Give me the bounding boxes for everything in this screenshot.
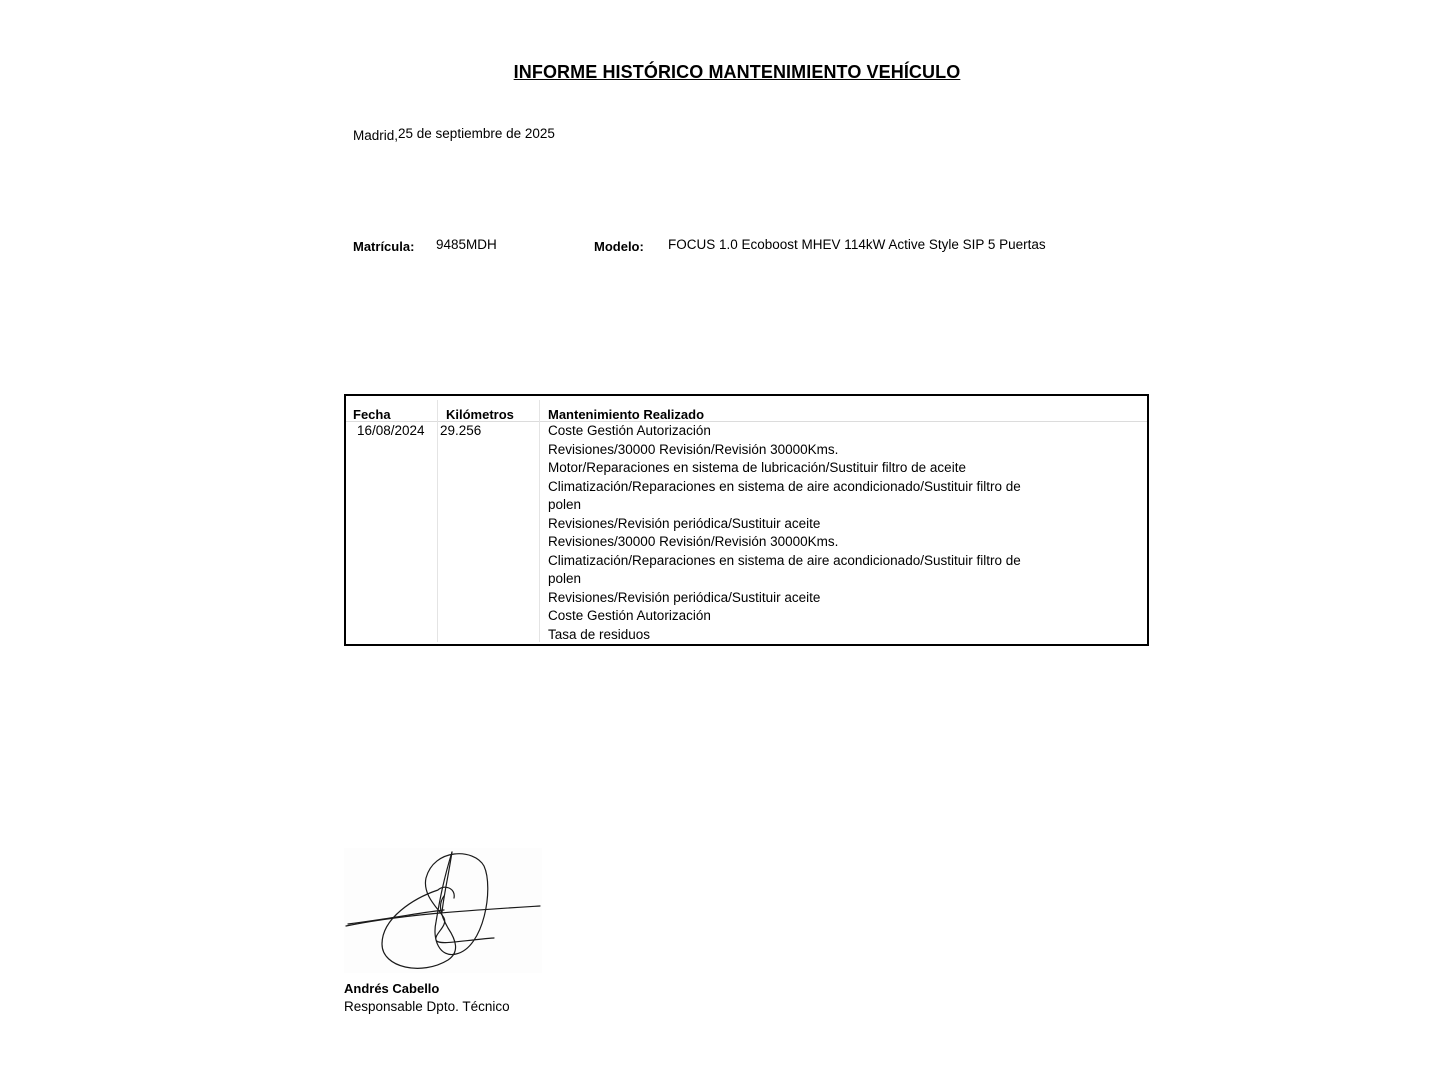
header-km: Kilómetros — [446, 407, 514, 422]
maintenance-item: Revisiones/Revisión periódica/Sustituir … — [548, 515, 1048, 534]
maintenance-item: Coste Gestión Autorización — [548, 607, 1048, 626]
place: Madrid, — [353, 128, 398, 143]
maintenance-item: Motor/Reparaciones en sistema de lubrica… — [548, 459, 1048, 478]
maintenance-table: Fecha Kilómetros Mantenimiento Realizado… — [344, 394, 1149, 646]
header-maintenance: Mantenimiento Realizado — [548, 407, 704, 422]
model-label: Modelo: — [594, 239, 644, 254]
maintenance-item: Revisiones/Revisión periódica/Sustituir … — [548, 589, 1048, 608]
signature-icon — [344, 848, 542, 973]
maintenance-item: Coste Gestión Autorización — [548, 422, 1048, 441]
plate-value: 9485MDH — [436, 237, 497, 252]
maintenance-item: Revisiones/30000 Revisión/Revisión 30000… — [548, 533, 1048, 552]
maintenance-item: Climatización/Reparaciones en sistema de… — [548, 552, 1048, 589]
model-value: FOCUS 1.0 Ecoboost MHEV 114kW Active Sty… — [668, 237, 1046, 252]
column-divider — [437, 400, 438, 642]
report-date: 25 de septiembre de 2025 — [398, 126, 555, 141]
maintenance-item: Tasa de residuos — [548, 626, 1048, 645]
report-title: INFORME HISTÓRICO MANTENIMIENTO VEHÍCULO — [0, 62, 1440, 83]
place-date: Madrid,25 de septiembre de 2025 — [353, 126, 555, 141]
maintenance-items: Coste Gestión Autorización Revisiones/30… — [548, 422, 1048, 644]
signer-role: Responsable Dpto. Técnico — [344, 999, 510, 1014]
plate-label: Matrícula: — [353, 239, 414, 254]
maintenance-item: Climatización/Reparaciones en sistema de… — [548, 478, 1048, 515]
header-date: Fecha — [353, 407, 391, 422]
row-km: 29.256 — [440, 422, 481, 441]
column-divider — [539, 400, 540, 642]
row-date: 16/08/2024 — [357, 422, 425, 441]
maintenance-item: Revisiones/30000 Revisión/Revisión 30000… — [548, 441, 1048, 460]
signer-name: Andrés Cabello — [344, 981, 439, 996]
